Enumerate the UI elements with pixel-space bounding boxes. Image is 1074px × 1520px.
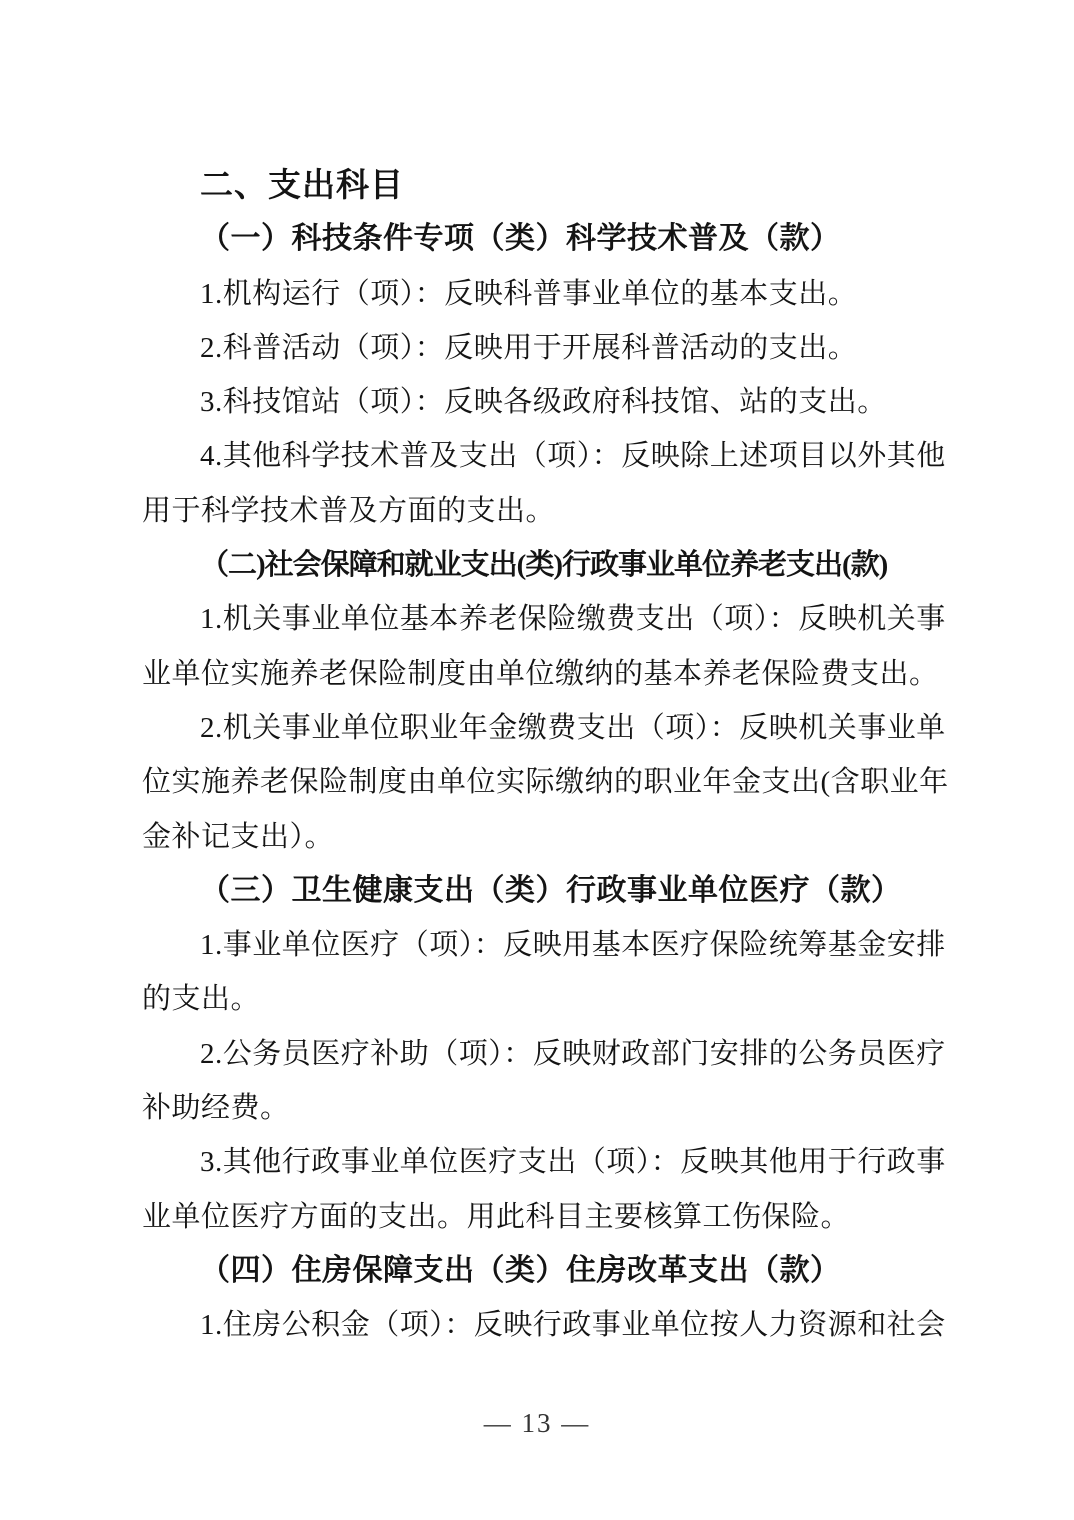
sec2-item1-line2: 业单位实施养老保险制度由单位缴纳的基本养老保险费支出。: [142, 647, 952, 701]
section-3-heading: （三）卫生健康支出（类）行政事业单位医疗（款）: [142, 864, 952, 918]
sec3-item1-line1: 1.事业单位医疗（项）：反映用基本医疗保险统筹基金安排: [142, 918, 952, 972]
sec2-item1-line1: 1.机关事业单位基本养老保险缴费支出（项）：反映机关事: [142, 592, 952, 646]
document-page: 二、支出科目 （一）科技条件专项（类）科学技术普及（款） 1.机构运行（项）：反…: [0, 0, 1074, 1520]
page-number: — 13 —: [0, 1408, 1074, 1439]
sec1-item1: 1.机构运行（项）：反映科普事业单位的基本支出。: [142, 267, 952, 321]
sec3-item2-line1: 2.公务员医疗补助（项）：反映财政部门安排的公务员医疗: [142, 1027, 952, 1081]
document-body: 二、支出科目 （一）科技条件专项（类）科学技术普及（款） 1.机构运行（项）：反…: [142, 158, 952, 1353]
sec4-item1-line1: 1.住房公积金（项）：反映行政事业单位按人力资源和社会: [142, 1298, 952, 1352]
sec3-item2-line2: 补助经费。: [142, 1081, 952, 1135]
main-heading: 二、支出科目: [142, 158, 952, 212]
section-4-heading: （四）住房保障支出（类）住房改革支出（款）: [142, 1244, 952, 1298]
sec1-item3: 3.科技馆站（项）：反映各级政府科技馆、站的支出。: [142, 375, 952, 429]
sec1-item4-line1: 4.其他科学技术普及支出（项）：反映除上述项目以外其他: [142, 429, 952, 483]
sec2-item2-line3: 金补记支出）。: [142, 810, 952, 864]
section-1-heading: （一）科技条件专项（类）科学技术普及（款）: [142, 212, 952, 266]
section-2-heading: （二)社会保障和就业支出(类)行政事业单位养老支出(款): [142, 538, 952, 592]
sec2-item2-line1: 2.机关事业单位职业年金缴费支出（项）：反映机关事业单: [142, 701, 952, 755]
sec1-item4-line2: 用于科学技术普及方面的支出。: [142, 484, 952, 538]
sec3-item3-line2: 业单位医疗方面的支出。用此科目主要核算工伤保险。: [142, 1190, 952, 1244]
sec3-item3-line1: 3.其他行政事业单位医疗支出（项）：反映其他用于行政事: [142, 1135, 952, 1189]
sec1-item2: 2.科普活动（项）：反映用于开展科普活动的支出。: [142, 321, 952, 375]
sec2-item2-line2: 位实施养老保险制度由单位实际缴纳的职业年金支出(含职业年: [142, 755, 952, 809]
sec3-item1-line2: 的支出。: [142, 972, 952, 1026]
